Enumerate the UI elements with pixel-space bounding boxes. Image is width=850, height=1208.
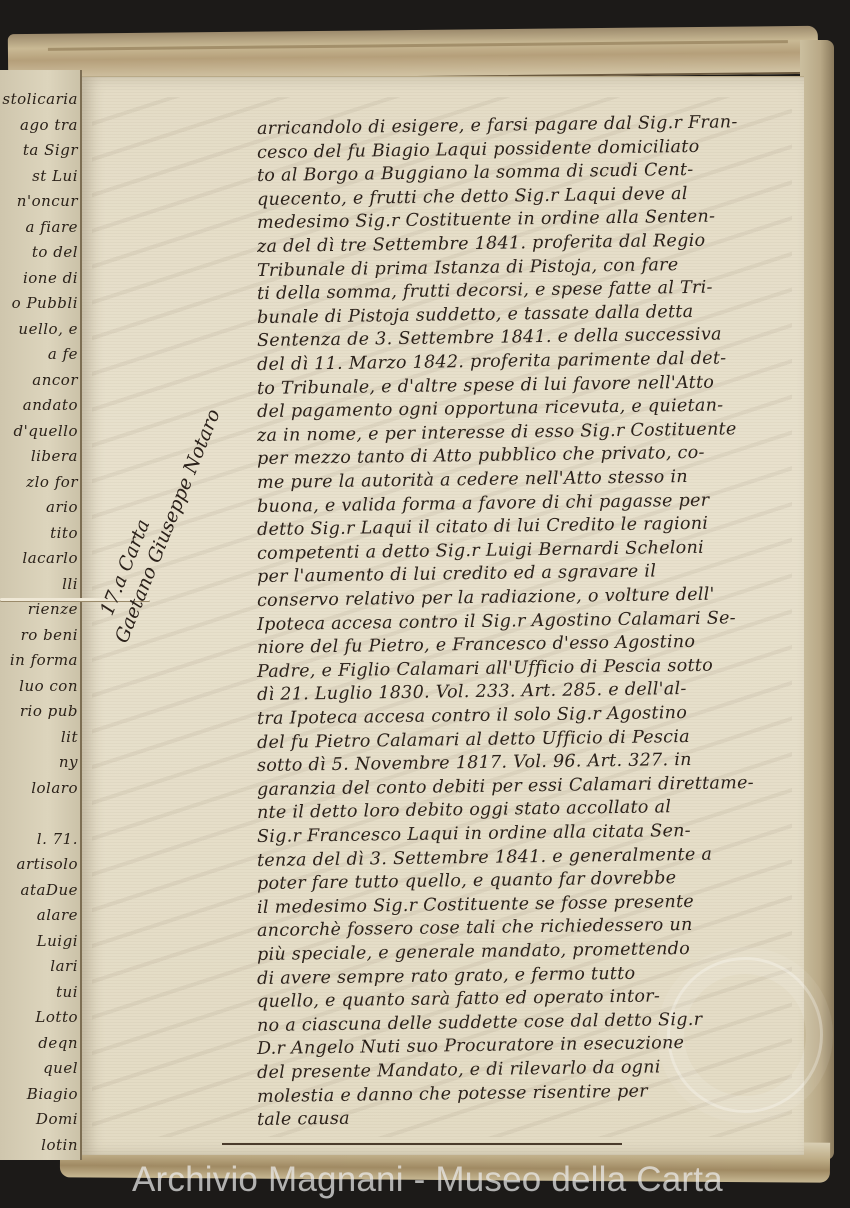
closing-flourish-line <box>222 1143 622 1145</box>
left-page-line: lotin <box>41 1136 78 1154</box>
manuscript-line: quello, e quanto sarà fatto ed operato i… <box>257 987 660 1013</box>
left-page-line: to del <box>32 243 78 261</box>
manuscript-line: D.r Angelo Nuti suo Procuratore in esecu… <box>257 1033 685 1059</box>
manuscript-line: garanzia del conto debiti per essi Calam… <box>257 773 754 800</box>
manuscript-line: di avere sempre rato grato, e fermo tutt… <box>257 963 636 988</box>
manuscript-line: quecento, e frutti che detto Sig.r Laqui… <box>257 184 688 210</box>
left-page-line: ago tra <box>20 116 78 134</box>
manuscript-line: Sig.r Francesco Laqui in ordine alla cit… <box>257 821 691 847</box>
manuscript-line: molestia e danno che potesse risentire p… <box>257 1081 648 1106</box>
manuscript-line: to al Borgo a Buggiano la somma di scudi… <box>257 160 694 186</box>
manuscript-line: ancorchè fossero cose tali che richiedes… <box>257 915 693 941</box>
left-page-line: lit <box>61 728 78 746</box>
left-page-line: lolaro <box>31 779 78 797</box>
left-page-line: ione di <box>23 269 78 287</box>
manuscript-line: per mezzo tanto di Atto pubblico che pri… <box>257 443 705 469</box>
manuscript-line: detto Sig.r Laqui il citato di lui Credi… <box>257 514 709 540</box>
left-page-line: tito <box>50 524 78 542</box>
main-page: arricandolo di esigere, e farsi pagare d… <box>82 76 804 1155</box>
left-page-line: st Lui <box>32 167 78 185</box>
manuscript-line: Tribunale di prima Istanza di Pistoja, c… <box>257 255 679 281</box>
left-page-line: rienze <box>28 600 78 618</box>
manuscript-line: no a ciascuna delle suddette cose dal de… <box>257 1010 703 1036</box>
manuscript-line: to Tribunale, e d'altre spese di lui fav… <box>257 372 714 398</box>
left-page-line: ario <box>46 498 78 516</box>
manuscript-line: competenti a detto Sig.r Luigi Bernardi … <box>257 538 704 564</box>
manuscript-line: tale causa <box>257 1109 350 1130</box>
left-page-line: ta Sigr <box>23 141 78 159</box>
manuscript-line: per l'aumento di lui credito ed a sgrava… <box>257 562 656 588</box>
left-page-line: lli <box>62 575 78 593</box>
manuscript-line: Ipoteca accesa contro il Sig.r Agostino … <box>257 608 736 635</box>
manuscript-line: Sentenza de 3. Settembre 1841. e della s… <box>257 325 722 351</box>
left-page-line: ataDue <box>21 881 78 899</box>
manuscript-line: buona, e valida forma a favore di chi pa… <box>257 490 710 516</box>
left-page-line: zlo for <box>26 473 78 491</box>
left-page-line: d'quello <box>14 422 79 440</box>
left-page-line: quel <box>43 1059 78 1077</box>
manuscript-line: niore del fu Pietro, e Francesco d'esso … <box>257 632 696 658</box>
left-page-line: Biagio <box>27 1085 78 1103</box>
manuscript-line: me pure la autorità a cedere nell'Atto s… <box>257 467 688 493</box>
left-page-line: tui <box>56 983 78 1001</box>
left-page-line: lari <box>50 957 78 975</box>
left-page-line: Domi <box>36 1110 78 1128</box>
manuscript-line: cesco del fu Biagio Laqui possidente dom… <box>257 136 700 162</box>
manuscript-line: del dì 11. Marzo 1842. proferita parimen… <box>257 348 727 375</box>
manuscript-photo: stolicariaago trata Sigrst Luin'oncura f… <box>0 0 850 1208</box>
manuscript-line: za in nome, e per interesse di esso Sig.… <box>257 419 737 446</box>
left-page-line: o Pubbli <box>12 294 78 312</box>
manuscript-line: Padre, e Figlio Calamari all'Ufficio di … <box>257 655 713 681</box>
manuscript-line: del pagamento ogni opportuna ricevuta, e… <box>257 396 724 423</box>
left-page-line: ny <box>59 753 78 771</box>
archive-watermark: Archivio Magnani - Museo della Carta <box>132 1160 723 1200</box>
manuscript-line: arricandolo di esigere, e farsi pagare d… <box>257 112 738 139</box>
left-page-line: luo con <box>19 677 78 695</box>
manuscript-line: nte il detto loro debito oggi stato acco… <box>257 798 671 824</box>
left-page-line: a fe <box>48 345 78 363</box>
manuscript-line: conservo relativo per la radiazione, o v… <box>257 585 715 611</box>
left-page-line: in forma <box>10 651 78 669</box>
left-page-line: andato <box>23 396 78 414</box>
embossed-seal-icon <box>667 957 823 1113</box>
manuscript-line: tenza del dì 3. Settembre 1841. e genera… <box>257 844 712 870</box>
left-page-line: ro beni <box>21 626 78 644</box>
manuscript-line: ti della somma, frutti decorsi, e spese … <box>257 278 713 304</box>
manuscript-line: za del dì tre Settembre 1841. proferita … <box>257 231 706 257</box>
left-page-line: lacarlo <box>22 549 78 567</box>
left-page-line: uello, e <box>18 320 78 338</box>
left-page-line: Luigi <box>37 932 78 950</box>
manuscript-line: bunale di Pistoja suddetto, e tassate da… <box>257 302 694 328</box>
left-page-line: ancor <box>32 371 78 389</box>
left-page-line: rio pub <box>20 702 78 720</box>
left-page-fragment: stolicariaago trata Sigrst Luin'oncura f… <box>0 70 82 1160</box>
left-page-line: Lotto <box>35 1008 78 1026</box>
manuscript-line: medesimo Sig.r Costituente in ordine all… <box>257 207 716 233</box>
manuscript-line: dì 21. Luglio 1830. Vol. 233. Art. 285. … <box>257 679 687 705</box>
manuscript-line: del presente Mandato, e di rilevarlo da … <box>257 1057 661 1083</box>
left-page-line: a fiare <box>25 218 78 236</box>
manuscript-line: poter fare tutto quello, e quanto far do… <box>257 868 677 894</box>
manuscript-line: sotto dì 5. Novembre 1817. Vol. 96. Art.… <box>257 750 692 776</box>
left-page-line: n'oncur <box>17 192 78 210</box>
manuscript-line: il medesimo Sig.r Costituente se fosse p… <box>257 892 694 918</box>
manuscript-line: più speciale, e generale mandato, promet… <box>257 939 690 965</box>
left-page-line: alare <box>37 906 78 924</box>
paper-stack-top-edge <box>8 26 818 82</box>
manuscript-line: tra Ipoteca accesa contro il solo Sig.r … <box>257 703 687 729</box>
left-page-line: deqn <box>38 1034 78 1052</box>
left-page-line: l. 71. <box>37 830 78 848</box>
left-page-line: artisolo <box>17 855 79 873</box>
left-page-line: stolicaria <box>2 90 78 108</box>
left-page-line: libera <box>31 447 78 465</box>
manuscript-line: del fu Pietro Calamari al detto Ufficio … <box>257 727 690 753</box>
